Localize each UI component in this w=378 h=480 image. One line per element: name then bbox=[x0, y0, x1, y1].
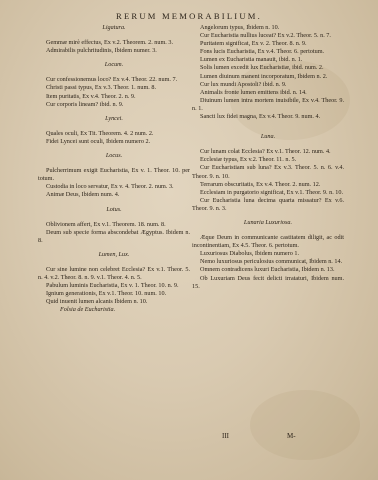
running-head: RERUM MEMORABILIUM. bbox=[0, 11, 378, 21]
signature-mark: III bbox=[222, 432, 229, 440]
index-entry: Cur corporis lineam? ibid. n. 9. bbox=[38, 101, 190, 109]
index-entry: Animalis fronte lumen emittens ibid. n. … bbox=[192, 89, 344, 97]
index-entry: Animæ Deus, Ibidem num. 4. bbox=[38, 191, 190, 199]
index-entry: Ecclesiam in purgatorio significat, Ex v… bbox=[192, 189, 344, 197]
section-heading: Lotus. bbox=[38, 206, 190, 214]
index-entry: Lumen diuinum manent incorporatum, Ibide… bbox=[192, 73, 344, 81]
index-entry: Item puritatis, Ex v.4. Theor. 2. n. 9. bbox=[38, 93, 190, 101]
index-entry: Oblivionem affert, Ex v.1. Theorem. 18. … bbox=[38, 221, 190, 229]
index-entry: Ignium generationis, Ex v.1. Theor. 10. … bbox=[38, 290, 190, 298]
paper-stain bbox=[250, 390, 360, 460]
index-entry: Luxuriosus Diabolus, Ibidem numero 1. bbox=[192, 250, 344, 258]
index-entry: Cur Eucharistia luna decima quarta missa… bbox=[192, 197, 344, 213]
index-entry: Ob Luxuriam Deus fecit delicti irratatur… bbox=[192, 275, 344, 291]
index-entry: Fons lucis Eucharistia, Ex v.4. Theor. 6… bbox=[192, 48, 344, 56]
index-entry: Solis lumen excedit lux Eucharistiæ, ibi… bbox=[192, 64, 344, 72]
index-entry: Angelorum typus, Ibidem n. 10. bbox=[192, 24, 344, 32]
index-entry: Terrarum obscuritatis, Ex v.4. Theor. 2.… bbox=[192, 181, 344, 189]
index-entry: Fidei Lyncei sunt oculi, Ibidem numero 2… bbox=[38, 138, 190, 146]
index-entry: Gemmæ mirè effectus, Ex v.2. Theorem. 2.… bbox=[38, 39, 190, 47]
index-entry: Diuinum lumen intra mortem inuisibile, E… bbox=[192, 97, 344, 113]
section-heading: Lyncei. bbox=[38, 115, 190, 123]
index-entry: Cur lunam colat Ecclesia? Ex v.1. Theor.… bbox=[192, 148, 344, 156]
index-entry: Lumen ex Eucharistia manauit, ibid. n. 1… bbox=[192, 56, 344, 64]
index-entry: Quid inuenit lumen alcanis Ibidem n. 10. bbox=[38, 298, 190, 306]
left-column: Ligatura. Gemmæ mirè effectus, Ex v.2. T… bbox=[38, 24, 190, 315]
index-entry: Deum sub specie forma abscondebat Ægyptu… bbox=[38, 229, 190, 245]
section-heading: Ligatura. bbox=[38, 24, 190, 32]
index-entry: Pulcherrimum exigit Eucharistia, Ex v. 1… bbox=[38, 167, 190, 183]
index-entry: Nemo luxuriosus periculosius communicat,… bbox=[192, 258, 344, 266]
section-heading: Lumen, Lux. bbox=[38, 251, 190, 259]
index-entry: Quales oculi, Ex Tit. Theorem. 4. 2 num.… bbox=[38, 130, 190, 138]
index-entry: Custodia in loco servatur, Ex v. 4. Theo… bbox=[38, 183, 190, 191]
index-entry: Cur Eucharistia nullius luceat? Ex v.2. … bbox=[192, 32, 344, 40]
right-column: Angelorum typus, Ibidem n. 10. Cur Eucha… bbox=[192, 24, 344, 291]
book-page: RERUM MEMORABILIUM. Ligatura. Gemmæ mirè… bbox=[0, 0, 378, 480]
section-heading: Locus. bbox=[38, 152, 190, 160]
section-heading: Luna. bbox=[192, 133, 344, 141]
index-entry: Sancti lux fidei magna, Ex v.4. Theor. 9… bbox=[192, 113, 344, 121]
index-entry: Ecclesiæ typus, Ex v.2. Theor. 11. n. 5. bbox=[192, 156, 344, 164]
index-entry: Cur confessionemus loco? Ex v.4. Theor. … bbox=[38, 76, 190, 84]
catchword: M- bbox=[287, 432, 296, 440]
index-entry: Christi passi typus, Ex v.3. Theor. 1. n… bbox=[38, 84, 190, 92]
index-entry: Cur lux mundi Apostoli? ibid. n. 9. bbox=[192, 81, 344, 89]
section-heading: Lunaria Luxuriosa. bbox=[192, 219, 344, 227]
catchword-line: Folsia de Eucharistia. bbox=[38, 306, 190, 314]
index-entry: Omnem contradicens luxuri Eucharistia, I… bbox=[192, 266, 344, 274]
index-entry: Cur sine lumine non celebret Ecclesia? E… bbox=[38, 266, 190, 282]
index-entry: Æque Deum in communicante castitatem dil… bbox=[192, 234, 344, 250]
section-heading: Locum. bbox=[38, 61, 190, 69]
index-entry: Admirabilis pulchritudinis, Ibidem numer… bbox=[38, 47, 190, 55]
index-entry: Cur Eucharistiam sub luna? Ex v.3. Theor… bbox=[192, 164, 344, 180]
index-entry: Puritatem significat, Ex v. 2. Theor. 8.… bbox=[192, 40, 344, 48]
index-entry: Pabulum luminis Eucharistia, Ex v. 1. Th… bbox=[38, 282, 190, 290]
